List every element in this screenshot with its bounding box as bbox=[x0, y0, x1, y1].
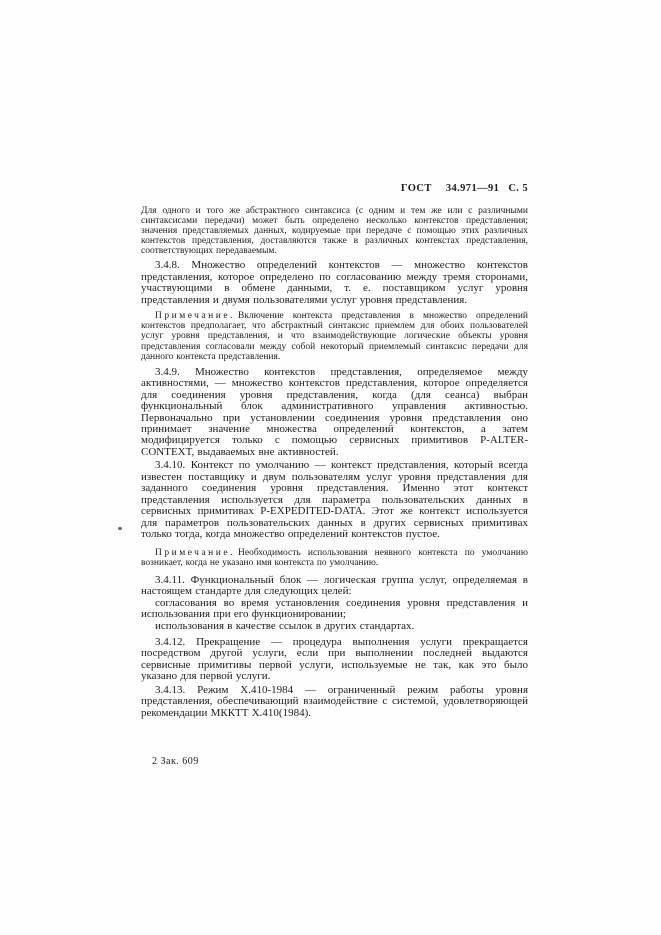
clause-3-4-11: 3.4.11. Функциональный блок — логическая… bbox=[141, 575, 528, 598]
running-header: ГОСТ 34.971—91 С. 5 bbox=[141, 183, 528, 195]
clause-3-4-8: 3.4.8. Множество определений контекстов … bbox=[141, 260, 528, 306]
clause-3-4-10: 3.4.10. Контекст по умолчанию — контекст… bbox=[141, 460, 528, 540]
document-page: ГОСТ 34.971—91 С. 5 Для одного и того же… bbox=[0, 0, 661, 935]
clause-3-4-13: 3.4.13. Режим Х.410-1984 — ограниченный … bbox=[141, 685, 528, 719]
clause-3-4-12: 3.4.12. Прекращение — процедура выполнен… bbox=[141, 637, 528, 683]
printing-imprint: 2 Зак. 609 bbox=[152, 756, 199, 767]
note-label: Примечание. bbox=[155, 548, 235, 558]
page-number: С. 5 bbox=[508, 183, 528, 195]
text-block: ГОСТ 34.971—91 С. 5 Для одного и того же… bbox=[141, 183, 528, 719]
clause-3-4-11-item-1: согласования во время установления соеди… bbox=[141, 598, 528, 621]
note-after-3-4-10: Примечание.Необходимость использования н… bbox=[141, 548, 528, 568]
scan-speck bbox=[118, 527, 122, 530]
note-after-3-4-8: Примечание.Включение контекста представл… bbox=[141, 311, 528, 361]
paragraph-intro: Для одного и того же абстрактного синтак… bbox=[141, 206, 528, 256]
clause-3-4-11-item-2: использования в качестве ссылок в других… bbox=[141, 621, 528, 632]
standard-number: 34.971—91 bbox=[446, 183, 499, 195]
clause-3-4-9: 3.4.9. Множество контекстов представлени… bbox=[141, 367, 528, 459]
standard-designation: ГОСТ bbox=[401, 183, 432, 195]
note-label: Примечание. bbox=[155, 311, 235, 321]
